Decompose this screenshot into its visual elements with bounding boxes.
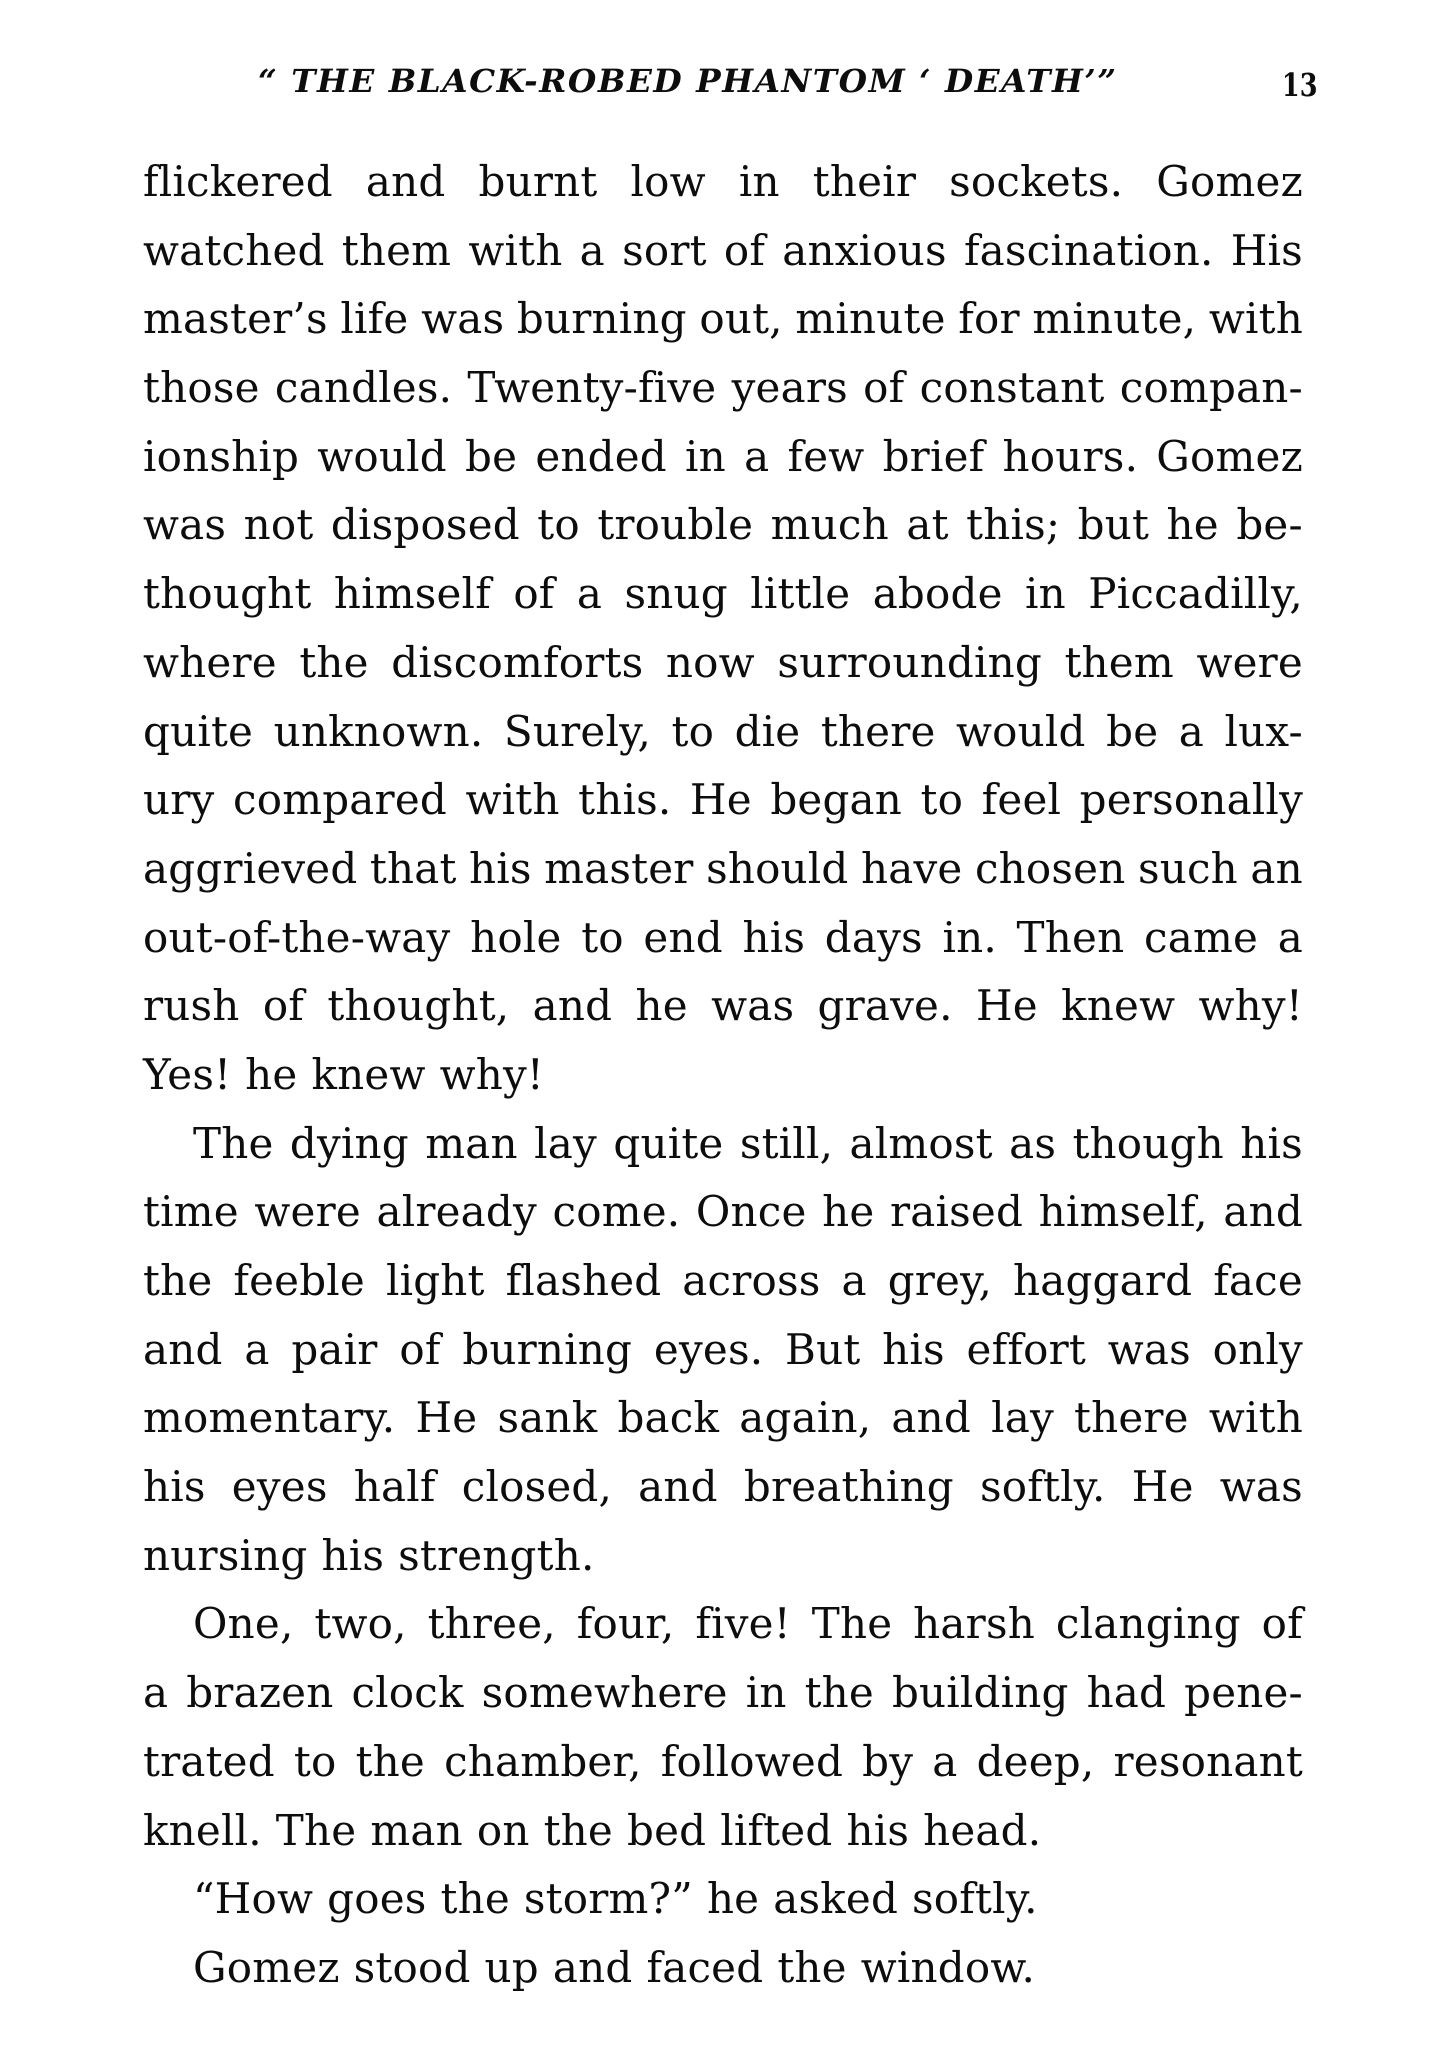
word: in: [685, 423, 726, 492]
word: head.: [923, 1797, 1041, 1866]
word: would: [317, 423, 447, 492]
word: again,: [739, 1384, 871, 1453]
word: for: [958, 285, 1020, 354]
text-line: watchedthemwithasortofanxiousfascination…: [143, 217, 1303, 286]
word: be: [1106, 698, 1158, 767]
word: himself,: [1039, 1178, 1208, 1247]
word: was: [1220, 1453, 1303, 1522]
word: stood: [354, 1934, 471, 2003]
word: hours.: [1003, 423, 1139, 492]
word: ionship: [143, 423, 299, 492]
word: thought,: [327, 972, 509, 1041]
text-line: wasnotdisposedtotroublemuchatthis;butheb…: [143, 491, 1303, 560]
word: low: [631, 148, 706, 217]
word: knell.: [143, 1797, 262, 1866]
word: hole: [470, 904, 561, 973]
word: he: [245, 1041, 297, 1110]
word: softly.: [912, 1865, 1038, 1934]
word: master: [544, 835, 693, 904]
word: man: [370, 1797, 463, 1866]
text-line: timewerealreadycome.Onceheraisedhimself,…: [143, 1178, 1303, 1247]
word: But: [785, 1316, 860, 1385]
word: them: [1064, 629, 1173, 698]
word: this.: [578, 766, 671, 835]
word: The: [276, 1797, 357, 1866]
word: die: [735, 698, 801, 767]
word: and: [533, 972, 613, 1041]
word: why!: [1199, 972, 1303, 1041]
text-line: Gomezstoodupandfacedthewindow.: [143, 1934, 1303, 2003]
word: feeble: [233, 1247, 365, 1316]
word: softly.: [980, 1453, 1106, 1522]
word: burnt: [479, 148, 598, 217]
word: burning: [462, 1316, 632, 1385]
word: of: [263, 972, 304, 1041]
word: already: [376, 1178, 536, 1247]
word: the: [356, 1728, 425, 1797]
word: minute,: [1032, 285, 1196, 354]
word: a: [744, 423, 769, 492]
word: days: [825, 904, 923, 973]
word: haggard: [1013, 1247, 1192, 1316]
word: man: [425, 1110, 518, 1179]
word: out-of-the-way: [143, 904, 450, 973]
word: he: [636, 972, 688, 1041]
word: knew: [311, 1041, 425, 1110]
word: pair: [291, 1316, 377, 1385]
word: quite: [613, 1110, 723, 1179]
word: was: [711, 972, 794, 1041]
word: disposed: [331, 491, 520, 560]
text-line: wherethediscomfortsnowsurroundingthemwer…: [143, 629, 1303, 698]
word: in: [739, 148, 780, 217]
word: clanging: [1056, 1590, 1241, 1659]
word: Then: [1017, 904, 1125, 973]
word: by: [862, 1728, 913, 1797]
word: The: [193, 1110, 274, 1179]
text-line: Yes!heknewwhy!: [143, 1041, 1303, 1110]
word: dying: [290, 1110, 409, 1179]
word: as: [1009, 1110, 1056, 1179]
word: little: [750, 560, 850, 629]
word: had: [1087, 1659, 1167, 1728]
word: rush: [143, 972, 240, 1041]
word: Gomez: [193, 1934, 340, 2003]
word: trouble: [597, 491, 753, 560]
word: only: [1213, 1316, 1303, 1385]
word: came: [1144, 904, 1258, 973]
word: chamber,: [444, 1728, 642, 1797]
word: of: [724, 217, 765, 286]
word: watched: [143, 217, 325, 286]
text-line: thosecandles.Twenty-fiveyearsofconstantc…: [143, 354, 1303, 423]
text-line: andapairofburningeyes.Buthiseffortwasonl…: [143, 1316, 1303, 1385]
word: brief: [883, 423, 985, 492]
word: Yes!: [143, 1041, 231, 1110]
word: deep,: [977, 1728, 1095, 1797]
word: anxious: [782, 217, 947, 286]
word: three,: [428, 1590, 556, 1659]
word: faced: [646, 1934, 763, 2003]
word: life: [340, 285, 408, 354]
word: a: [580, 217, 605, 286]
word: be: [465, 423, 517, 492]
word: in.: [942, 904, 996, 973]
word: a: [932, 1728, 957, 1797]
word: his: [846, 1797, 909, 1866]
word: there: [821, 698, 936, 767]
word: grey,: [888, 1247, 992, 1316]
word: abode: [873, 560, 1003, 629]
word: discomforts: [391, 629, 643, 698]
word: storm?”: [524, 1865, 693, 1934]
word: flashed: [506, 1247, 662, 1316]
word: unknown.: [274, 698, 484, 767]
word: somewhere: [482, 1659, 728, 1728]
word: at: [906, 491, 948, 560]
word: the: [777, 1934, 846, 2003]
text-line: One,two,three,four,five!Theharshclanging…: [143, 1590, 1303, 1659]
word: snug: [625, 560, 728, 629]
word: half: [354, 1453, 436, 1522]
text-line: aggrievedthathismastershouldhavechosensu…: [143, 835, 1303, 904]
word: thought: [143, 560, 311, 629]
word: his: [322, 1522, 385, 1591]
word: a: [841, 1247, 866, 1316]
word: with: [1209, 285, 1303, 354]
word: across: [682, 1247, 820, 1316]
body-text: flickeredandburntlowintheirsockets.Gomez…: [143, 148, 1303, 2003]
word: He: [690, 766, 752, 835]
word: with: [465, 766, 559, 835]
word: not: [244, 491, 314, 560]
word: his: [469, 835, 532, 904]
word: One,: [193, 1590, 294, 1659]
word: this;: [966, 491, 1060, 560]
word: Piccadilly,: [1088, 560, 1303, 629]
word: followed: [661, 1728, 843, 1797]
word: his: [882, 1316, 945, 1385]
word: surrounding: [777, 629, 1042, 698]
word: light: [386, 1247, 485, 1316]
word: up: [485, 1934, 539, 2003]
word: have: [861, 835, 962, 904]
word: come.: [553, 1178, 681, 1247]
word: there: [1074, 1384, 1189, 1453]
word: the: [143, 1247, 212, 1316]
word: the: [805, 1659, 874, 1728]
word: though: [1072, 1110, 1223, 1179]
word: lay: [991, 1384, 1054, 1453]
word: a: [1179, 698, 1204, 767]
word: out,: [699, 285, 782, 354]
word: were: [254, 1178, 361, 1247]
word: in: [746, 1659, 787, 1728]
text-line: ionshipwouldbeendedinafewbriefhours.Gome…: [143, 423, 1303, 492]
word: were: [1196, 629, 1303, 698]
word: lifted: [720, 1797, 832, 1866]
word: on: [477, 1797, 530, 1866]
word: ury: [143, 766, 214, 835]
word: and: [553, 1934, 633, 2003]
word: goes: [327, 1865, 426, 1934]
text-line: hiseyeshalfclosed,andbreathingsoftly.Hew…: [143, 1453, 1303, 1522]
word: to: [672, 698, 715, 767]
word: would: [956, 698, 1086, 767]
word: a: [143, 1659, 168, 1728]
word: of: [863, 354, 904, 423]
word: effort: [967, 1316, 1086, 1385]
word: began: [770, 766, 902, 835]
word: His: [1231, 217, 1303, 286]
book-page: “ THE BLACK-ROBED PHANTOM ‘ DEATH’” 13 f…: [0, 0, 1445, 2054]
word: and: [143, 1316, 223, 1385]
word: the: [299, 629, 368, 698]
word: and: [638, 1453, 718, 1522]
word: he: [707, 1865, 759, 1934]
text-line: out-of-the-wayholetoendhisdaysin.Thencam…: [143, 904, 1303, 973]
word: and: [366, 148, 446, 217]
word: back: [617, 1384, 719, 1453]
word: minute: [795, 285, 945, 354]
word: himself: [334, 560, 491, 629]
word: much: [771, 491, 889, 560]
word: in: [1025, 560, 1066, 629]
word: constant: [920, 354, 1105, 423]
word: burning: [517, 285, 687, 354]
word: Once: [696, 1178, 807, 1247]
word: the: [544, 1797, 613, 1866]
word: grave.: [818, 972, 953, 1041]
word: The: [812, 1590, 893, 1659]
word: Twenty-five: [467, 354, 716, 423]
word: personally: [1080, 766, 1303, 835]
word: clock: [351, 1659, 463, 1728]
text-line: rushofthought,andhewasgrave.Heknewwhy!: [143, 972, 1303, 1041]
word: few: [787, 423, 864, 492]
word: aggrieved: [143, 835, 357, 904]
text-line: momentary.Hesankbackagain,andlaytherewit…: [143, 1384, 1303, 1453]
word: to: [294, 1728, 337, 1797]
word: He: [976, 972, 1038, 1041]
word: an: [1250, 835, 1303, 904]
word: their: [813, 148, 916, 217]
word: ended: [535, 423, 667, 492]
word: to: [537, 491, 580, 560]
text-line: thefeeblelightflashedacrossagrey,haggard…: [143, 1247, 1303, 1316]
text-line: knell.Themanonthebedliftedhishead.: [143, 1797, 1303, 1866]
word: “How: [193, 1865, 313, 1934]
text-line: thoughthimselfofasnuglittleabodeinPiccad…: [143, 560, 1303, 629]
word: was: [1108, 1316, 1191, 1385]
word: a: [1278, 904, 1303, 973]
word: sort: [622, 217, 707, 286]
word: trated: [143, 1728, 275, 1797]
word: face: [1213, 1247, 1303, 1316]
word: He: [415, 1384, 477, 1453]
page-number: 13: [1282, 66, 1318, 104]
word: strength.: [398, 1522, 594, 1591]
running-title: “ THE BLACK-ROBED PHANTOM ‘ DEATH’”: [258, 62, 1118, 100]
word: building: [892, 1659, 1069, 1728]
word: closed,: [462, 1453, 612, 1522]
word: years: [732, 354, 848, 423]
word: with: [468, 217, 562, 286]
word: asked: [773, 1865, 898, 1934]
word: knew: [1061, 972, 1175, 1041]
word: a: [577, 560, 602, 629]
running-head: “ THE BLACK-ROBED PHANTOM ‘ DEATH’” 13: [258, 62, 1318, 110]
word: his: [143, 1453, 206, 1522]
word: why!: [440, 1041, 544, 1110]
word: time: [143, 1178, 239, 1247]
word: was: [421, 285, 504, 354]
word: pene-: [1184, 1659, 1303, 1728]
word: such: [1138, 835, 1238, 904]
word: feel: [982, 766, 1062, 835]
word: be-: [1236, 491, 1303, 560]
word: and: [1223, 1178, 1303, 1247]
word: he: [822, 1178, 874, 1247]
word: a: [244, 1316, 269, 1385]
text-line: quiteunknown.Surely,todietherewouldbealu…: [143, 698, 1303, 767]
word: lay: [534, 1110, 597, 1179]
word: master’s: [143, 285, 328, 354]
word: of: [1262, 1590, 1303, 1659]
word: He: [1132, 1453, 1194, 1522]
word: with: [1209, 1384, 1303, 1453]
word: brazen: [186, 1659, 333, 1728]
word: them: [342, 217, 451, 286]
word: Surely,: [504, 698, 651, 767]
text-line: nursinghisstrength.: [143, 1522, 1303, 1591]
word: to: [581, 904, 624, 973]
word: fascination.: [964, 217, 1214, 286]
word: where: [143, 629, 277, 698]
word: almost: [850, 1110, 993, 1179]
word: momentary.: [143, 1384, 395, 1453]
text-line: master’slifewasburningout,minuteforminut…: [143, 285, 1303, 354]
word: quite: [143, 698, 253, 767]
word: breathing: [744, 1453, 954, 1522]
word: now: [666, 629, 755, 698]
word: end: [643, 904, 722, 973]
word: of: [513, 560, 554, 629]
word: sank: [497, 1384, 597, 1453]
word: still,: [740, 1110, 833, 1179]
word: chosen: [975, 835, 1126, 904]
word: eyes.: [654, 1316, 763, 1385]
word: but: [1078, 491, 1149, 560]
text-line: “Howgoesthestorm?”heaskedsoftly.: [143, 1865, 1303, 1934]
word: harsh: [913, 1590, 1035, 1659]
word: four,: [577, 1590, 675, 1659]
word: resonant: [1114, 1728, 1303, 1797]
word: compared: [233, 766, 447, 835]
text-line: tratedtothechamber,followedbyadeep,reson…: [143, 1728, 1303, 1797]
word: should: [706, 835, 848, 904]
word: two,: [314, 1590, 406, 1659]
word: Gomez: [1156, 148, 1303, 217]
word: sockets.: [949, 148, 1123, 217]
word: eyes: [232, 1453, 328, 1522]
word: compan-: [1120, 354, 1303, 423]
text-line: Thedyingmanlayquitestill,almostasthoughh…: [143, 1110, 1303, 1179]
word: window.: [861, 1934, 1035, 2003]
word: Gomez: [1156, 423, 1303, 492]
word: he: [1167, 491, 1219, 560]
word: candles.: [275, 354, 452, 423]
text-line: urycomparedwiththis.Hebegantofeelpersona…: [143, 766, 1303, 835]
word: his: [1240, 1110, 1303, 1179]
word: the: [441, 1865, 510, 1934]
word: those: [143, 354, 260, 423]
word: was: [143, 491, 226, 560]
word: and: [891, 1384, 971, 1453]
word: bed: [627, 1797, 706, 1866]
word: that: [370, 835, 457, 904]
word: nursing: [143, 1522, 308, 1591]
word: lux-: [1225, 698, 1303, 767]
word: raised: [890, 1178, 1023, 1247]
word: his: [742, 904, 805, 973]
text-line: flickeredandburntlowintheirsockets.Gomez: [143, 148, 1303, 217]
word: five!: [695, 1590, 790, 1659]
word: flickered: [143, 148, 333, 217]
word: to: [921, 766, 964, 835]
word: of: [399, 1316, 440, 1385]
text-line: abrazenclocksomewhereinthebuildinghadpen…: [143, 1659, 1303, 1728]
